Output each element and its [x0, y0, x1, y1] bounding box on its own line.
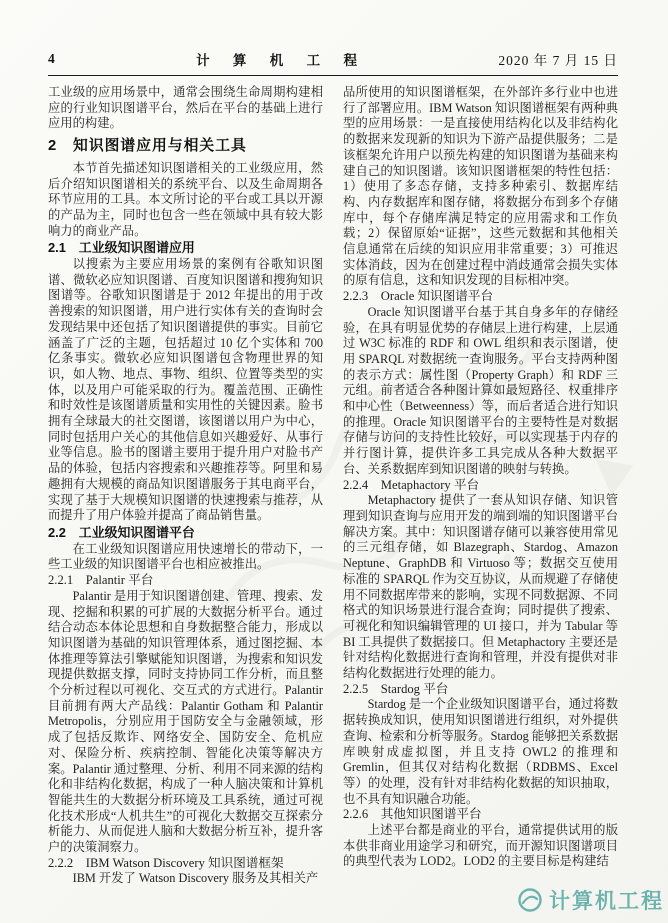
- journal-watermark: 计算机工程: [517, 885, 664, 915]
- continued-paragraph: 工业级的应用场景中，通常会围绕生命周期构建相应的行业知识图谱平台，然后在平台的基…: [48, 85, 323, 132]
- article-body: 工业级的应用场景中，通常会围绕生命周期构建相应的行业知识图谱平台，然后在平台的基…: [48, 85, 618, 887]
- subsubsection-heading: 2.2.3 Oracle 知识图谱平台: [343, 289, 618, 305]
- subsubsection-heading: 2.2.6 其他知识图谱平台: [343, 807, 618, 823]
- issue-date: 2020 年 7 月 15 日: [498, 49, 618, 69]
- subsubsection-heading: 2.2.5 Stardog 平台: [343, 682, 618, 698]
- paragraph: 上述平台都是商业的平台，通常提供试用的版本供非商业用途学习和研究，而开源知识图谱…: [343, 823, 618, 870]
- page-number: 4: [48, 51, 55, 67]
- subsubsection-heading: 2.2.2 IBM Watson Discovery 知识图谱框架: [48, 856, 323, 872]
- left-column: 工业级的应用场景中，通常会围绕生命周期构建相应的行业知识图谱平台，然后在平台的基…: [48, 85, 323, 887]
- journal-page: 4 计 算 机 工 程 2020 年 7 月 15 日 工业级的应用场景中，通常…: [0, 0, 668, 923]
- subsection-heading: 2.1 工业级知识图谱应用: [48, 240, 323, 256]
- subsubsection-heading: 2.2.1 Palantir 平台: [48, 573, 323, 589]
- subsubsection-heading: 2.2.4 Metaphactory 平台: [343, 478, 618, 494]
- continued-paragraph: 品所使用的知识图谱框架，在外部许多行业中也进行了部署应用。IBM Watson …: [343, 85, 618, 289]
- paragraph: 本节首先描述知识图谱相关的工业级应用，然后介绍知识图谱相关的系统平台、以及生命周…: [48, 161, 323, 240]
- subsection-heading: 2.2 工业级知识图谱平台: [48, 525, 323, 541]
- paragraph: Stardog 是一个企业级知识图谱平台，通过将数据转换成知识，使用知识图谱进行…: [343, 697, 618, 807]
- header-divider: [48, 75, 618, 76]
- right-column: 品所使用的知识图谱框架，在外部许多行业中也进行了部署应用。IBM Watson …: [343, 85, 618, 887]
- paragraph: Metaphactory 提供了一套从知识存储、知识管理到知识查询与应用开发的端…: [343, 493, 618, 681]
- paragraph: IBM 开发了 Watson Discovery 服务及其相关产: [48, 871, 323, 887]
- paragraph: Oracle 知识图谱平台基于其自身多年的存储经验，在具有明显优势的存储层上进行…: [343, 305, 618, 478]
- page-header: 4 计 算 机 工 程 2020 年 7 月 15 日: [48, 49, 618, 69]
- journal-watermark-label: 计算机工程: [549, 885, 664, 915]
- paragraph: 以搜索为主要应用场景的案例有谷歌知识图谱、微软必应知识图谱、百度知识图谱和搜狗知…: [48, 257, 323, 524]
- journal-logo-icon: [517, 887, 543, 913]
- journal-title: 计 算 机 工 程: [186, 49, 367, 69]
- paragraph: Palantir 是用于知识图谱创建、管理、搜索、发现、挖掘和积累的可扩展的大数…: [48, 589, 323, 856]
- paragraph: 在工业级知识图谱应用快速增长的带动下，一些工业级的知识图谱平台也相应被推出。: [48, 542, 323, 573]
- section-heading: 2 知识图谱应用与相关工具: [48, 139, 323, 155]
